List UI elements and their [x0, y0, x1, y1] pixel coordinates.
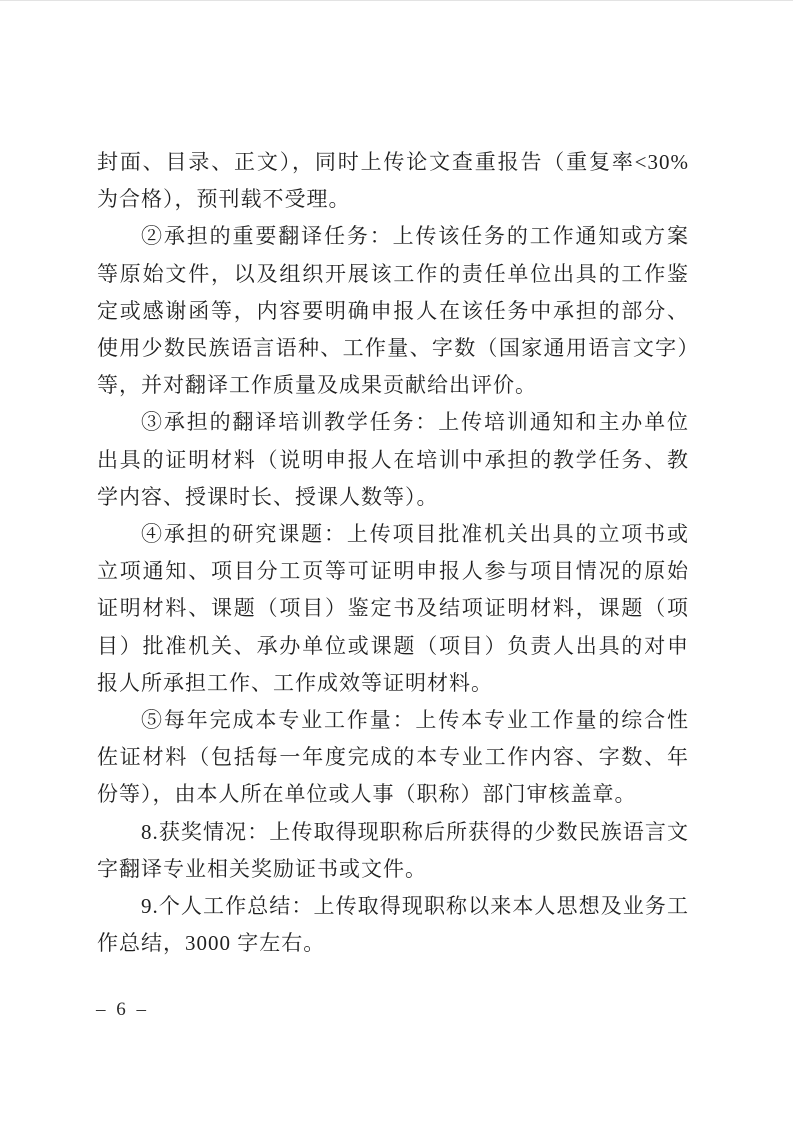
paragraph-item-3: ③承担的翻译培训教学任务：上传培训通知和主办单位出具的证明材料（说明申报人在培训…: [97, 404, 689, 516]
document-body: 封面、目录、正文），同时上传论文查重报告（重复率<30%为合格），预刊载不受理。…: [97, 144, 689, 962]
paragraph-item-5: ⑤每年完成本专业工作量：上传本专业工作量的综合性佐证材料（包括每一年度完成的本专…: [97, 702, 689, 814]
document-page: 封面、目录、正文），同时上传论文查重报告（重复率<30%为合格），预刊载不受理。…: [0, 0, 793, 1121]
page-top-edge: [0, 0, 793, 1]
paragraph-item-2: ②承担的重要翻译任务：上传该任务的工作通知或方案等原始文件，以及组织开展该工作的…: [97, 218, 689, 404]
paragraph-continuation: 封面、目录、正文），同时上传论文查重报告（重复率<30%为合格），预刊载不受理。: [97, 144, 689, 218]
paragraph-item-8: 8.获奖情况：上传取得现职称后所获得的少数民族语言文字翻译专业相关奖励证书或文件…: [97, 814, 689, 888]
paragraph-item-9: 9.个人工作总结：上传取得现职称以来本人思想及业务工作总结，3000 字左右。: [97, 888, 689, 962]
page-number: – 6 –: [96, 998, 149, 1022]
paragraph-item-4: ④承担的研究课题：上传项目批准机关出具的立项书或立项通知、项目分工页等可证明申报…: [97, 516, 689, 702]
